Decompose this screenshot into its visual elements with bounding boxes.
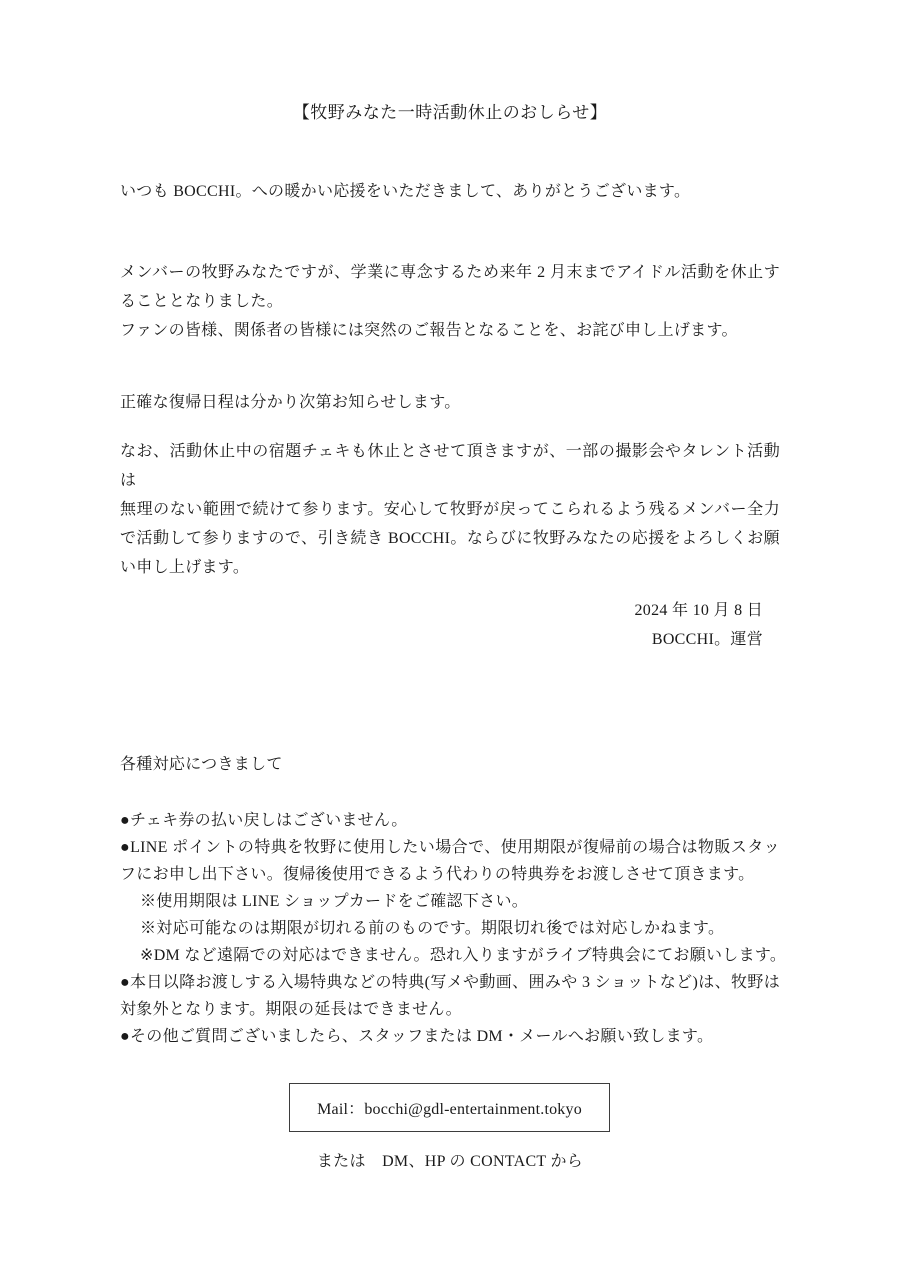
text-line: で活動して参りますので、引き続き BOCCHI。ならびに牧野みなたの応援をよろし… [120, 524, 780, 553]
note-line: ●チェキ券の払い戻しはございません。 [120, 807, 780, 834]
announcement-paragraph: メンバーの牧野みなたですが、学業に専念するため来年 2 月末までアイドル活動を休… [120, 258, 780, 345]
text-line: 無理のない範囲で続けて参ります。安心して牧野が戻ってこられるよう残るメンバー全力 [120, 495, 780, 524]
mail-address-box: Mail：bocchi@gdl-entertainment.tokyo [289, 1083, 610, 1132]
notice-page: 【牧野みなた一時活動休止のおしらせ】 いつも BOCCHI。への暖かい応援をいた… [0, 0, 900, 1273]
text-line: いつも BOCCHI。への暖かい応援をいただきまして、ありがとうございます。 [120, 178, 780, 206]
greeting-paragraph: いつも BOCCHI。への暖かい応援をいただきまして、ありがとうございます。 [120, 178, 780, 206]
text-line: メンバーの牧野みなたですが、学業に専念するため来年 2 月末までアイドル活動を休… [120, 258, 780, 287]
text-line: 各種対応につきまして [120, 751, 780, 779]
return-schedule-paragraph: 正確な復帰日程は分かり次第お知らせします。 [120, 388, 780, 417]
text-line: なお、活動休止中の宿題チェキも休止とさせて頂きますが、一部の撮影会やタレント活動… [120, 437, 780, 495]
contact-alternative-line: または DM、HP の CONTACT から [0, 1148, 900, 1176]
continuation-paragraph: なお、活動休止中の宿題チェキも休止とさせて頂きますが、一部の撮影会やタレント活動… [120, 437, 780, 582]
text-line: 正確な復帰日程は分かり次第お知らせします。 [120, 388, 780, 417]
text-line: ファンの皆様、関係者の皆様には突然のご報告となることを、お詫び申し上げます。 [120, 316, 780, 345]
date-signature-block: 2024 年 10 月 8 日 BOCCHI。運営 [0, 596, 900, 654]
note-line: 対象外となります。期限の延長はできません。 [120, 996, 780, 1023]
note-line: ※DM など遠隔での対応はできません。恐れ入りますがライブ特典会にてお願いします… [140, 942, 780, 969]
note-line: ※使用期限は LINE ショップカードをご確認下さい。 [140, 888, 780, 915]
signature-line: BOCCHI。運営 [0, 625, 763, 654]
text-line: い申し上げます。 [120, 553, 780, 582]
section-heading: 各種対応につきまして [120, 751, 780, 779]
notes-list: ●チェキ券の払い戻しはございません。 ●LINE ポイントの特典を牧野に使用した… [120, 807, 780, 1050]
page-title: 【牧野みなた一時活動休止のおしらせ】 [0, 99, 900, 127]
note-line: ●本日以降お渡しする入場特典などの特典(写メや動画、囲みや 3 ショットなど)は… [120, 969, 780, 996]
date-line: 2024 年 10 月 8 日 [0, 596, 763, 625]
text-line: ることとなりました。 [120, 287, 780, 316]
mail-address: Mail：bocchi@gdl-entertainment.tokyo [317, 1096, 582, 1119]
note-line: ●LINE ポイントの特典を牧野に使用したい場合で、使用期限が復帰前の場合は物販… [120, 834, 780, 861]
note-line: フにお申し出下さい。復帰後使用できるよう代わりの特典券をお渡しさせて頂きます。 [120, 861, 780, 888]
note-line: ●その他ご質問ございましたら、スタッフまたは DM・メールへお願い致します。 [120, 1023, 780, 1050]
note-line: ※対応可能なのは期限が切れる前のものです。期限切れ後では対応しかねます。 [140, 915, 780, 942]
